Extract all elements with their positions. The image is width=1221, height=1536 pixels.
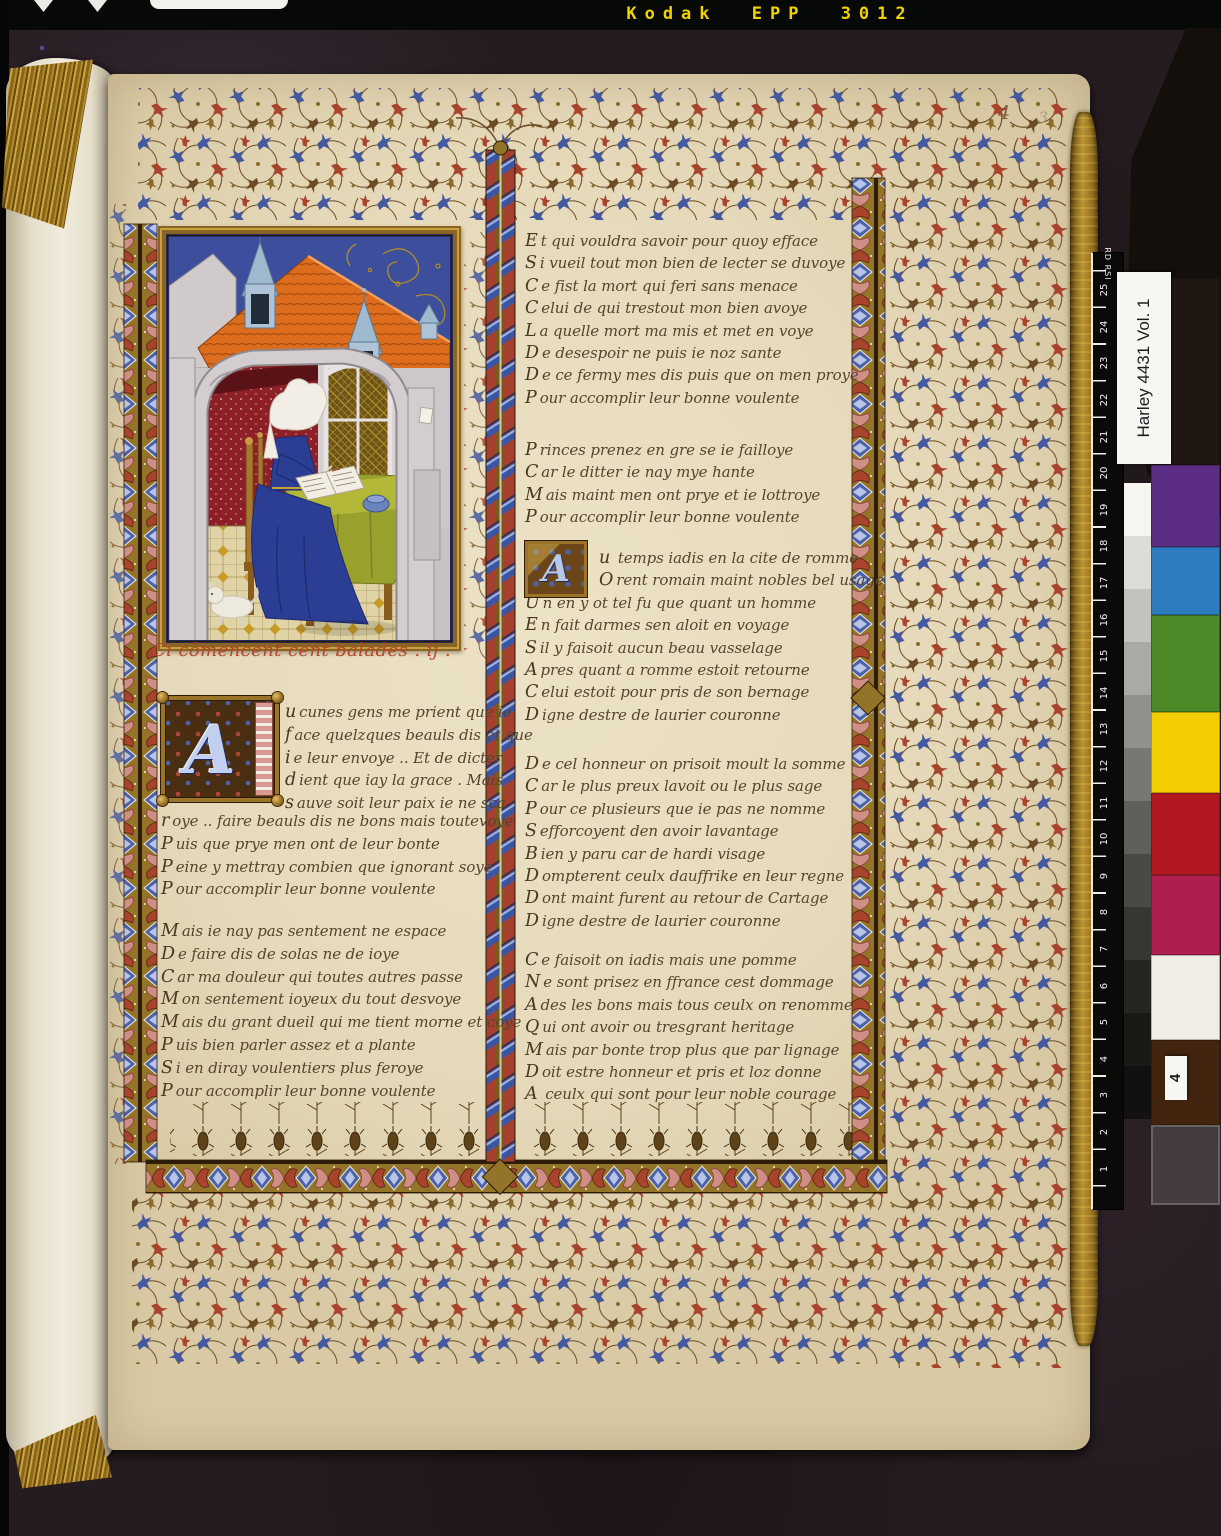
ruler-end: [1151, 1125, 1220, 1205]
text-line: Mais maint men ont prye et ie lottroye: [525, 484, 870, 506]
film-label: Kodak EPP 3012: [598, 4, 942, 24]
text-line: Pour accomplir leur bonne voulente: [525, 387, 870, 409]
text-line: Sil y faisoit aucun beau vasselage: [525, 637, 870, 659]
grayscale-step: [1124, 854, 1151, 907]
grayscale-strip: [1124, 483, 1151, 1119]
color-patch: [1151, 875, 1220, 955]
manuscript-page: Christine de Pizan writing at her desk: [108, 74, 1090, 1450]
grayscale-step: [1124, 642, 1151, 695]
miniature: Christine de Pizan writing at her desk: [158, 226, 461, 651]
text-line: A ceulx qui sont pour leur noble courage: [525, 1083, 870, 1105]
ivy-gap-strip: [464, 232, 486, 662]
grayscale-step: [1124, 960, 1151, 1013]
text-line: Qui ont avoir ou tresgrant heritage: [525, 1016, 870, 1038]
text-line: roye .. faire beauls dis ne bons mais to…: [161, 810, 506, 833]
grayscale-step: [1124, 589, 1151, 642]
text-line: Digne destre de laurier couronne: [525, 704, 870, 726]
color-patch: [1151, 465, 1220, 547]
grayscale-step: [1124, 1066, 1151, 1119]
text-line: Celui estoit pour pris de son bernage: [525, 681, 870, 703]
text-line: Car le plus preux lavoit ou le plus sage: [525, 775, 870, 797]
film-tab: [150, 0, 288, 9]
text-line: Princes prenez en gre se ie failloye: [525, 439, 870, 461]
text-line: Orent romain maint nobles bel usage: [599, 569, 870, 591]
color-patch: [1151, 712, 1220, 793]
color-patch: [1151, 615, 1220, 712]
grayscale-step: [1124, 907, 1151, 960]
text-line: Mais par bonte trop plus que par lignage: [525, 1039, 870, 1061]
previous-page-edge: [6, 58, 114, 1470]
text-line: Ce fist la mort qui feri sans menace: [525, 275, 870, 297]
text-line: Dont maint furent au retour de Cartage: [525, 887, 870, 909]
text-line: Puis bien parler assez et a plante: [161, 1034, 506, 1057]
text-line: Dompterent ceulx dauffrike en leur regne: [525, 865, 870, 887]
color-patch: [1151, 955, 1220, 1040]
ivy-border-left: [110, 204, 126, 1164]
text-line: Sefforcoyent den avoir lavantage: [525, 820, 870, 842]
text-line: Mais du grant dueil qui me tient morne e…: [161, 1011, 506, 1034]
text-line: Celui de qui trestout mon bien avoye: [525, 297, 870, 319]
text-line: De ce fermy mes dis puis que on men proy…: [525, 364, 870, 386]
text-line: u temps iadis en la cite de romme: [599, 547, 870, 569]
color-patch: [1151, 793, 1220, 875]
text-line: Si en diray voulentiers plus feroye: [161, 1057, 506, 1080]
text-line: En fait darmes sen aloit en voyage: [525, 614, 870, 636]
text-line: Puis que prye men ont de leur bonte: [161, 833, 506, 856]
large-initial: A: [161, 696, 279, 802]
text-line: Pour ce plusieurs que ie pas ne nomme: [525, 798, 870, 820]
text-line: Ne sont prisez en ffrance cest dommage: [525, 971, 870, 993]
folio-mark: 3: [1038, 108, 1048, 127]
text-line: Digne destre de laurier couronne: [525, 910, 870, 932]
text-line: Doit estre honneur et pris et loz donne: [525, 1061, 870, 1083]
film-notch: [88, 0, 107, 12]
grayscale-step: [1124, 536, 1151, 589]
text-line: De desespoir ne puis ie noz sante: [525, 342, 870, 364]
text-line: Car ma douleur qui toutes autres passe: [161, 966, 506, 989]
initial-letter: A: [528, 544, 584, 594]
text-line: Ades les bons mais tous ceulx on renomme: [525, 994, 870, 1016]
ivy-border-right: [890, 100, 1068, 1368]
frame-number-sticker: 4: [1165, 1056, 1187, 1100]
small-initial: A: [525, 541, 587, 597]
text-line: Apres quant a romme estoit retourne: [525, 659, 870, 681]
text-column-right: Et qui vouldra savoir pour quoy efface S…: [525, 74, 875, 1174]
text-line: Car le ditter ie nay mye hante: [525, 461, 870, 483]
color-patch: [1151, 547, 1220, 615]
shelfmark-sticker: Harley 4431 Vol. 1: [1117, 272, 1171, 464]
grayscale-step: [1124, 695, 1151, 748]
text-line: Mon sentement ioyeux du tout desvoye: [161, 988, 506, 1011]
initial-letter: A: [173, 702, 247, 798]
ruler-number: 1: [1099, 1147, 1113, 1191]
text-line: Et qui vouldra savoir pour quoy efface: [525, 230, 870, 252]
window: [326, 364, 390, 478]
rubric: Ci cōmencent cent balades . ij .: [152, 640, 512, 661]
text-line: Ce faisoit on iadis mais une pomme: [525, 949, 870, 971]
text-line: De faire dis de solas ne de ioye: [161, 943, 506, 966]
text-line: De cel honneur on prisoit moult la somme: [525, 753, 870, 775]
text-line: Pour accomplir leur bonne voulente: [161, 1080, 506, 1103]
photo-of-manuscript: { "film": { "label": "Kodak EPP 3012" },…: [0, 0, 1221, 1536]
text-line: Pour accomplir leur bonne voulente: [525, 506, 870, 528]
paper-scroll: [419, 407, 433, 424]
text-line: Pour accomplir leur bonne voulente: [161, 878, 506, 901]
grayscale-step: [1124, 801, 1151, 854]
film-strip-top: Kodak EPP 3012: [0, 0, 1221, 30]
film-notch: [34, 0, 53, 12]
film-speck: [40, 46, 44, 50]
ivy-border-bottom: [132, 1192, 1067, 1364]
left-border-bar: [124, 224, 157, 1162]
text-line: Bien y paru car de hardi visage: [525, 843, 870, 865]
buttress: [414, 470, 440, 560]
text-column-left: A ucunes gens me prient que ie face quel…: [161, 696, 506, 1116]
initial-side-panel: [255, 702, 273, 796]
left-pillar: [169, 358, 195, 641]
grayscale-step: [1124, 483, 1151, 536]
folio-number: 4: [998, 102, 1010, 124]
grayscale-step: [1124, 1013, 1151, 1066]
text-line: Mais ie nay pas sentement ne espace: [161, 920, 506, 943]
text-line: Si vueil tout mon bien de lecter se duvo…: [525, 252, 870, 274]
grayscale-step: [1124, 748, 1151, 801]
band-knot: [482, 1159, 517, 1194]
text-line: Peine y mettray combien que ignorant soy…: [161, 856, 506, 879]
text-line: La quelle mort ma mis et met en voye: [525, 320, 870, 342]
